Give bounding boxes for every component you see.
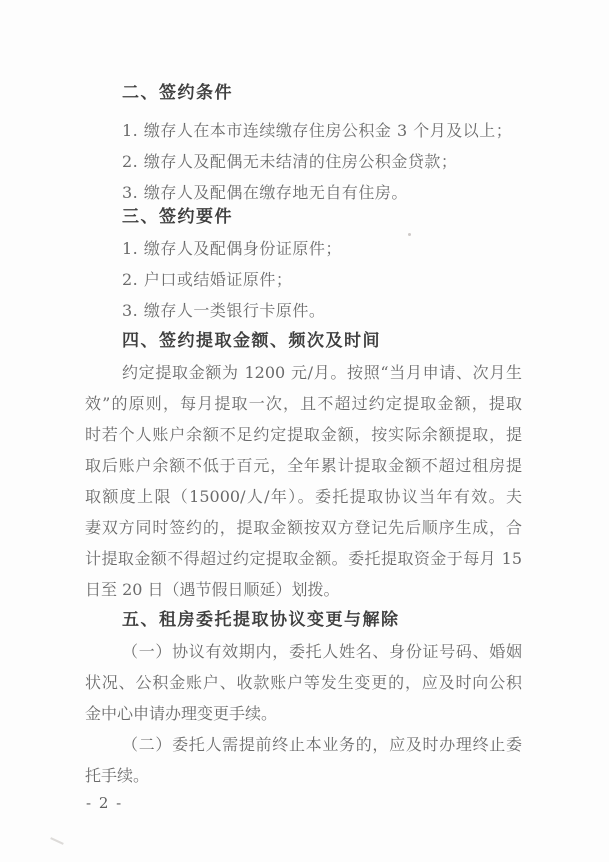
scan-speck-icon [50,837,64,845]
paragraph-line: 效”的原则，每月提取一次，且不超过约定提取金额，提取 [85,388,522,419]
paragraph-line: （二）委托人需提前终止本业务的，应及时办理终止委 [85,729,522,760]
paragraph-line: 取额度上限（15000/人/年）。委托提取协议当年有效。夫 [85,481,522,512]
list-item: 2. 户口或结婚证原件； [85,264,522,295]
section-heading-withdrawal-amount: 四、签约提取金额、频次及时间 [85,326,522,357]
paragraph-line: 日至 20 日（遇节假日顺延）划拨。 [85,574,522,605]
list-item: 1. 缴存人及配偶身份证原件； [85,233,522,264]
paragraph-line: 取后账户余额不低于百元，全年累计提取金额不超过租房提 [85,450,522,481]
scanned-document-page: 二、签约条件 1. 缴存人在本市连续缴存住房公积金 3 个月及以上； 2. 缴存… [0,0,609,862]
paragraph-line: 状况、公积金账户、收款账户等发生变更的，应及时向公积 [85,667,522,698]
paragraph-line: 时若个人账户余额不足约定提取金额，按实际余额提取，提 [85,419,522,450]
paragraph-line: （一）协议有效期内，委托人姓名、身份证号码、婚姻 [85,636,522,667]
list-item: 1. 缴存人在本市连续缴存住房公积金 3 个月及以上； [85,115,522,146]
page-number: - 2 - [86,793,123,813]
scan-speck-icon [408,233,411,236]
paragraph-line: 托手续。 [85,760,522,791]
section-heading-signing-conditions: 二、签约条件 [85,78,522,109]
list-item: 2. 缴存人及配偶无未结清的住房公积金贷款； [85,146,522,177]
list-item: 3. 缴存人一类银行卡原件。 [85,295,522,326]
document-body: 二、签约条件 1. 缴存人在本市连续缴存住房公积金 3 个月及以上； 2. 缴存… [85,78,522,791]
paragraph-line: 妻双方同时签约的，提取金额按双方登记先后顺序生成，合 [85,512,522,543]
paragraph-line: 约定提取金额为 1200 元/月。按照“当月申请、次月生 [85,357,522,388]
section-heading-agreement-change: 五、租房委托提取协议变更与解除 [85,605,522,636]
paragraph-line: 金中心申请办理变更手续。 [85,698,522,729]
paragraph-line: 计提取金额不得超过约定提取金额。委托提取资金于每月 15 [85,543,522,574]
